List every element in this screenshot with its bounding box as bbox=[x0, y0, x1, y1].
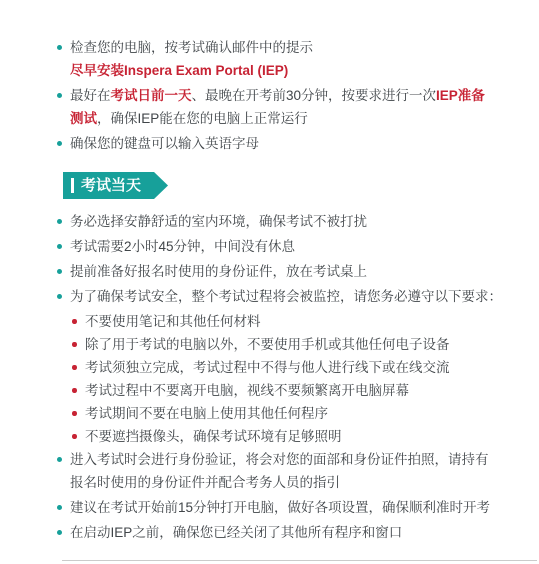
sub-bullet-icon bbox=[72, 402, 85, 425]
list-item-text: 务必选择安静舒适的室内环境，确保考试不被打扰 bbox=[70, 210, 503, 233]
sub-list-item: 除了用于考试的电脑以外，不要使用手机或其他任何电子设备 bbox=[72, 333, 503, 356]
bullet-icon bbox=[57, 521, 70, 544]
sub-list-item: 不要使用笔记和其他任何材料 bbox=[72, 310, 503, 333]
exam-day-list-tail: 进入考试时会进行身份验证，将会对您的面部和身份证件拍照，请持有报名时使用的身份证… bbox=[57, 448, 503, 544]
bullet-icon bbox=[57, 285, 70, 308]
sub-list-item-text: 不要使用笔记和其他任何材料 bbox=[85, 310, 503, 333]
list-item: 务必选择安静舒适的室内环境，确保考试不被打扰 bbox=[57, 210, 503, 233]
section-banner: 考试当天 bbox=[63, 172, 168, 199]
list-item: 进入考试时会进行身份验证，将会对您的面部和身份证件拍照，请持有报名时使用的身份证… bbox=[57, 448, 503, 494]
bullet-icon bbox=[57, 36, 70, 82]
list-item-text: 进入考试时会进行身份验证，将会对您的面部和身份证件拍照，请持有报名时使用的身份证… bbox=[70, 448, 503, 494]
exam-day-list: 务必选择安静舒适的室内环境，确保考试不被打扰 考试需要2小时45分钟，中间没有休… bbox=[57, 210, 503, 308]
list-item-text: 为了确保考试安全，整个考试过程将会被监控，请您务必遵守以下要求： bbox=[70, 285, 503, 308]
bullet-icon bbox=[57, 84, 70, 130]
pre-section-list: 检查您的电脑，按考试确认邮件中的提示尽早安装Inspera Exam Porta… bbox=[57, 36, 503, 155]
exam-guide-page: 检查您的电脑，按考试确认邮件中的提示尽早安装Inspera Exam Porta… bbox=[0, 0, 539, 564]
bullet-icon bbox=[57, 235, 70, 258]
list-item-text: 确保您的键盘可以输入英语字母 bbox=[70, 132, 503, 155]
exam-rules-sublist: 不要使用笔记和其他任何材料 除了用于考试的电脑以外，不要使用手机或其他任何电子设… bbox=[57, 310, 503, 448]
bottom-divider bbox=[62, 560, 537, 561]
list-item: 确保您的键盘可以输入英语字母 bbox=[57, 132, 503, 155]
bullet-icon bbox=[57, 496, 70, 519]
list-item-text: 建议在考试开始前15分钟打开电脑，做好各项设置，确保顺利准时开考 bbox=[70, 496, 503, 519]
list-item: 为了确保考试安全，整个考试过程将会被监控，请您务必遵守以下要求： bbox=[57, 285, 503, 308]
bullet-icon bbox=[57, 132, 70, 155]
sub-list-item: 考试期间不要在电脑上使用其他任何程序 bbox=[72, 402, 503, 425]
list-item-text: 最好在考试日前一天、最晚在开考前30分钟，按要求进行一次IEP准备测试，确保IE… bbox=[70, 84, 503, 130]
sub-list-item-text: 考试过程中不要离开电脑，视线不要频繁离开电脑屏幕 bbox=[85, 379, 503, 402]
section-heading: 考试当天 bbox=[81, 174, 141, 197]
sub-list-item-text: 除了用于考试的电脑以外，不要使用手机或其他任何电子设备 bbox=[85, 333, 503, 356]
list-item-text: 在启动IEP之前，确保您已经关闭了其他所有程序和窗口 bbox=[70, 521, 503, 544]
sub-bullet-icon bbox=[72, 379, 85, 402]
bullet-icon bbox=[57, 448, 70, 494]
list-item-text: 考试需要2小时45分钟，中间没有休息 bbox=[70, 235, 503, 258]
list-item: 考试需要2小时45分钟，中间没有休息 bbox=[57, 235, 503, 258]
sub-list-item: 考试过程中不要离开电脑，视线不要频繁离开电脑屏幕 bbox=[72, 379, 503, 402]
sub-list-item: 考试须独立完成，考试过程中不得与他人进行线下或在线交流 bbox=[72, 356, 503, 379]
sub-list-item-text: 考试期间不要在电脑上使用其他任何程序 bbox=[85, 402, 503, 425]
bullet-icon bbox=[57, 260, 70, 283]
sub-bullet-icon bbox=[72, 356, 85, 379]
sub-bullet-icon bbox=[72, 333, 85, 356]
sub-list-item-text: 考试须独立完成，考试过程中不得与他人进行线下或在线交流 bbox=[85, 356, 503, 379]
list-item: 最好在考试日前一天、最晚在开考前30分钟，按要求进行一次IEP准备测试，确保IE… bbox=[57, 84, 503, 130]
list-item: 检查您的电脑，按考试确认邮件中的提示尽早安装Inspera Exam Porta… bbox=[57, 36, 503, 82]
section-banner-row: 考试当天 bbox=[63, 172, 503, 200]
list-item: 在启动IEP之前，确保您已经关闭了其他所有程序和窗口 bbox=[57, 521, 503, 544]
list-item: 建议在考试开始前15分钟打开电脑，做好各项设置，确保顺利准时开考 bbox=[57, 496, 503, 519]
sub-bullet-icon bbox=[72, 425, 85, 448]
sub-bullet-icon bbox=[72, 310, 85, 333]
banner-bar-icon bbox=[71, 178, 74, 193]
list-item: 提前准备好报名时使用的身份证件，放在考试桌上 bbox=[57, 260, 503, 283]
list-item-text: 检查您的电脑，按考试确认邮件中的提示尽早安装Inspera Exam Porta… bbox=[70, 36, 503, 82]
sub-list-item: 不要遮挡摄像头，确保考试环境有足够照明 bbox=[72, 425, 503, 448]
sub-list-item-text: 不要遮挡摄像头，确保考试环境有足够照明 bbox=[85, 425, 503, 448]
list-item-text: 提前准备好报名时使用的身份证件，放在考试桌上 bbox=[70, 260, 503, 283]
bullet-icon bbox=[57, 210, 70, 233]
page-content: 检查您的电脑，按考试确认邮件中的提示尽早安装Inspera Exam Porta… bbox=[57, 36, 503, 546]
